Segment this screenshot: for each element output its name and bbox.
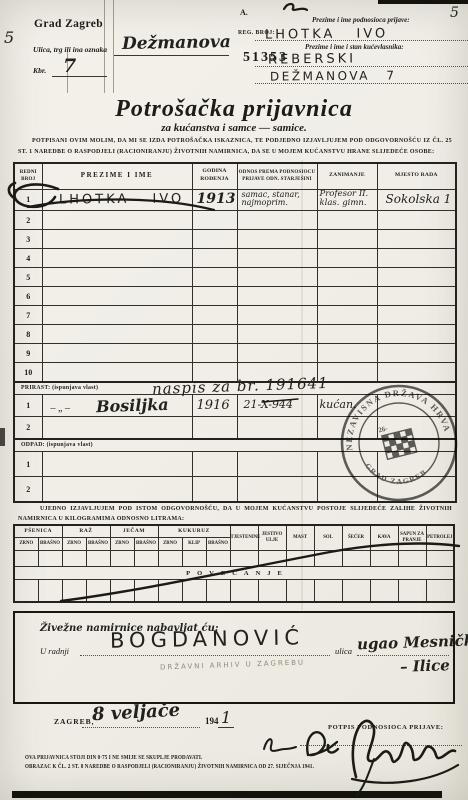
street-label: Ulica, trg ili ina oznaka bbox=[33, 45, 107, 54]
signature-label: POTPIS PODNOSIOCA PRIJAVE: bbox=[328, 724, 444, 731]
signature bbox=[256, 697, 468, 797]
increase-label: POVEĆANJE bbox=[14, 567, 454, 580]
supplies-empty-row bbox=[14, 551, 454, 567]
odpad-section-row: ODPAD: (ispunjava vlast) bbox=[14, 439, 456, 452]
street-underline bbox=[114, 55, 229, 56]
row-number: 2 bbox=[14, 417, 42, 439]
household-table: REDNI BROJ PREZIME I IME GODINA ROĐENJA … bbox=[13, 162, 457, 503]
city-title: Grad Zagreb bbox=[34, 18, 103, 30]
table-row: 3 bbox=[14, 230, 456, 249]
sub-brasno: BRAŠNO bbox=[134, 538, 158, 551]
supplies-empty-row bbox=[14, 580, 454, 602]
supplies-table: PŠENICA RAŽ JEČAM KUKURUZ TJESTENINE JES… bbox=[13, 524, 455, 603]
entry-year: 1916 bbox=[197, 398, 230, 413]
row-number: 9 bbox=[14, 344, 42, 363]
col-mast: MAST bbox=[286, 525, 314, 551]
table-row: 6 bbox=[14, 287, 456, 306]
row-number: 3 bbox=[14, 230, 42, 249]
shop-street-value: ugao Mesničke – bbox=[357, 631, 468, 654]
landlord-underline bbox=[255, 66, 468, 67]
row-number: 7 bbox=[14, 306, 42, 325]
supplies-increase-row: POVEĆANJE bbox=[14, 567, 454, 580]
scanned-form-page: Grad Zagreb 5 Ulica, trg ili ina oznaka … bbox=[0, 0, 468, 800]
table-row: 1 – „ – Bosiljka 1916 21-X-944 kućan. bbox=[14, 395, 456, 417]
supplies-statement: UJEDNO IZJAVLJUJEM POD ISTOM ODGOVORNOŠĆ… bbox=[18, 505, 452, 525]
col-header-odnos: ODNOS PREMA PODNOSIOCU PRIJAVE ODN. STAR… bbox=[237, 163, 317, 189]
col-sol: SOL bbox=[314, 525, 342, 551]
group-kukuruz: KUKURUZ bbox=[158, 525, 230, 538]
applicant-label: Prezime i ime podnosioca prijave: bbox=[312, 16, 410, 24]
declaration-text: POTPISANI OVIM MOLIM, DA MI SE IZDA POTR… bbox=[18, 136, 452, 159]
entry-name: LHOTKA IVO bbox=[58, 191, 183, 207]
sub-klip: KLIP bbox=[182, 538, 206, 551]
row-number: 2 bbox=[14, 477, 42, 502]
row-number: 4 bbox=[14, 249, 42, 268]
house-number-label: Kbr. bbox=[33, 66, 46, 75]
group-jecam: JEČAM bbox=[110, 525, 158, 538]
col-header-redni-broj: REDNI BROJ bbox=[14, 163, 42, 189]
shop-value: BOGDANOVIĆ bbox=[110, 625, 304, 652]
table-row: 2 bbox=[14, 477, 456, 502]
sub-brasno: BRAŠNO bbox=[206, 538, 230, 551]
row-number: 10 bbox=[14, 363, 42, 382]
applicant-underline bbox=[255, 40, 468, 41]
table-row: 7 bbox=[14, 306, 456, 325]
table-row: 1 LHOTKA IVO 1913 samac, stanar, najmopr… bbox=[14, 189, 456, 211]
house-number-underline bbox=[52, 76, 107, 77]
group-psenica: PŠENICA bbox=[14, 525, 62, 538]
row-number: 6 bbox=[14, 287, 42, 306]
sub-zrno: ZRNO bbox=[110, 538, 134, 551]
col-header-zanimanje: ZANIMANJE bbox=[317, 163, 377, 189]
place-label: ZAGREB, bbox=[54, 717, 95, 726]
purchase-box: Živežne namirnice nabavljat ću: U radnji… bbox=[13, 611, 455, 704]
col-header-mjesto-rada: MJESTO RADA bbox=[377, 163, 456, 189]
landlord-label: Prezime i ime i stan kućevlasnika: bbox=[305, 43, 404, 51]
row-number: 8 bbox=[14, 325, 42, 344]
entry-occupation: Profesor II. klas. gimn. bbox=[320, 190, 377, 209]
entry-workplace: Sokolska 1 bbox=[386, 192, 452, 206]
scan-mark-top-bar bbox=[378, 0, 468, 4]
row-number: 1 bbox=[14, 395, 42, 417]
col-jestivo-ulje: JESTIVO ULJE bbox=[258, 525, 286, 551]
table-row: 9 bbox=[14, 344, 456, 363]
fine-print-1: OVA PRIJAVNICA STOJI DIN 0·75 I NE SMIJE… bbox=[25, 755, 202, 761]
sub-zrno: ZRNO bbox=[14, 538, 38, 551]
entry-year: 1913 bbox=[197, 191, 236, 207]
ditto-mark: – „ – bbox=[51, 403, 70, 414]
table-row: 1 bbox=[14, 452, 456, 477]
table-row: 4 bbox=[14, 249, 456, 268]
year-written: 1 bbox=[221, 708, 231, 727]
shop-street-label: ulica bbox=[335, 646, 352, 656]
row-number: 1 bbox=[14, 452, 42, 477]
form-subtitle: za kućanstva i samce — samice. bbox=[0, 122, 468, 134]
form-title: Potrošačka prijavnica bbox=[0, 96, 468, 123]
year-printed: 194 bbox=[205, 716, 219, 726]
col-header-godina: GODINA ROĐENJA bbox=[192, 163, 237, 189]
year-underline bbox=[218, 727, 234, 728]
group-raz: RAŽ bbox=[62, 525, 110, 538]
date-line bbox=[82, 727, 200, 728]
sub-zrno: ZRNO bbox=[158, 538, 182, 551]
shop-street-value-2: – Ilice bbox=[400, 656, 450, 676]
signature-line bbox=[300, 745, 462, 746]
date-value: 8 veljače bbox=[92, 700, 181, 726]
header-divider-2 bbox=[113, 0, 114, 93]
scan-mark-left-edge bbox=[0, 428, 5, 446]
table-row: 2 bbox=[14, 211, 456, 230]
address-underline bbox=[255, 83, 468, 84]
scan-mark-bottom-bar bbox=[12, 791, 442, 798]
col-petrolej: PETROLEJ bbox=[426, 525, 454, 551]
entry-relation: samac, stanar, najmoprim. bbox=[242, 191, 315, 209]
corner-letter: A. bbox=[240, 8, 248, 17]
row-number: 5 bbox=[14, 268, 42, 287]
entry-occupation: kućan. bbox=[320, 398, 357, 411]
household-header-row: REDNI BROJ PREZIME I IME GODINA ROĐENJA … bbox=[14, 163, 456, 189]
shop-line bbox=[80, 655, 330, 656]
supplies-group-header-row: PŠENICA RAŽ JEČAM KUKURUZ TJESTENINE JES… bbox=[14, 525, 454, 538]
entry-date: 21-X-944 bbox=[244, 398, 293, 411]
sub-brasno: BRAŠNO bbox=[86, 538, 110, 551]
shop-label: U radnji bbox=[40, 646, 69, 656]
house-number-value: 7 bbox=[63, 55, 76, 77]
corner-page-number: 5 bbox=[450, 5, 459, 21]
table-row: 8 bbox=[14, 325, 456, 344]
col-sapun: SAPUN ZA PRANJE bbox=[398, 525, 426, 551]
pen-squiggle-top bbox=[284, 4, 307, 10]
street-value: Dežmanova bbox=[122, 32, 231, 54]
archive-stamp-text: DRŽAVNI ARHIV U ZAGREBU bbox=[160, 658, 305, 671]
fine-print-2: OBRAZAC K ČL. 2 ST. 8 NAREDBE O RASPODJE… bbox=[25, 764, 314, 770]
col-kava: KAVA bbox=[370, 525, 398, 551]
table-row: 5 bbox=[14, 268, 456, 287]
row-number: 1 bbox=[14, 189, 42, 211]
margin-page-number: 5 bbox=[4, 28, 14, 47]
col-secer: ŠEĆER bbox=[342, 525, 370, 551]
table-row: 2 bbox=[14, 417, 456, 439]
row-number: 2 bbox=[14, 211, 42, 230]
sub-zrno: ZRNO bbox=[62, 538, 86, 551]
landlord-address: DEŽMANOVA 7 bbox=[270, 68, 397, 83]
col-tjestenine: TJESTENINE bbox=[230, 525, 258, 551]
entry-name: Bosiljka bbox=[96, 395, 169, 417]
odpad-label: ODPAD: (ispunjava vlast) bbox=[14, 439, 456, 452]
col-header-prezime-ime: PREZIME I IME bbox=[42, 163, 192, 189]
sub-brasno: BRAŠNO bbox=[38, 538, 62, 551]
